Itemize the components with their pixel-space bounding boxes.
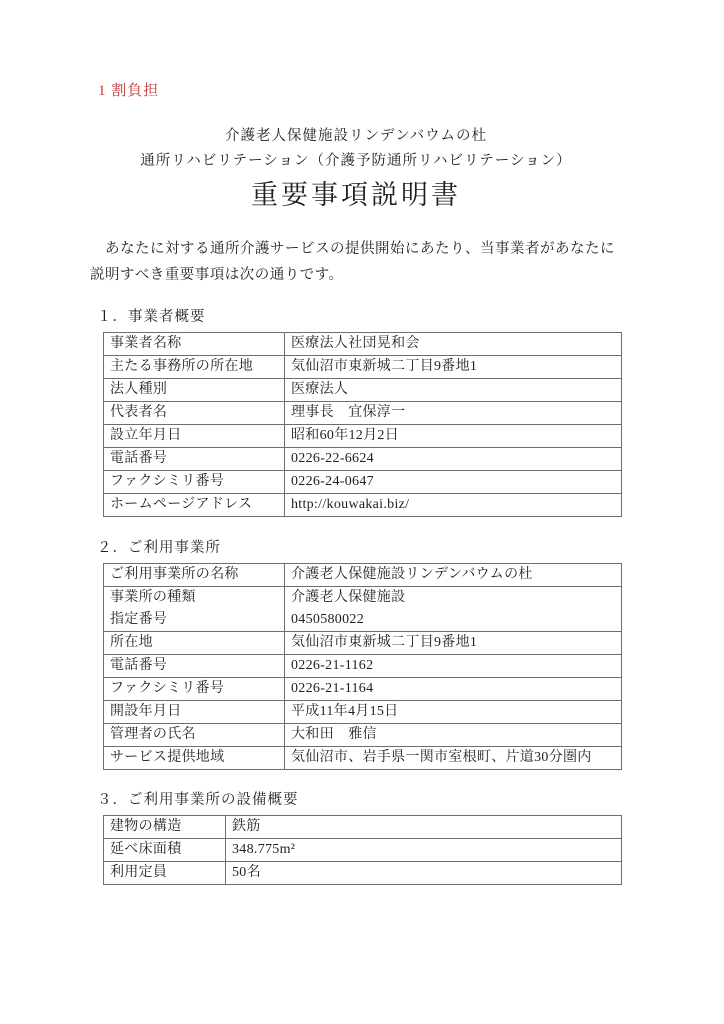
row-value: 大和田 雅信 (285, 724, 622, 747)
row-value: 50名 (226, 862, 622, 885)
facility-equipment-table: 建物の構造 鉄筋 延べ床面積 348.775m² 利用定員 50名 (103, 815, 622, 885)
table-row: 建物の構造 鉄筋 (104, 816, 622, 839)
table-row: ご利用事業所の名称 介護老人保健施設リンデンバウムの杜 (104, 564, 622, 587)
document-page: 1 割負担 介護老人保健施設リンデンバウムの杜 通所リハビリテーション（介護予防… (0, 0, 724, 1024)
section-heading: ３．ご利用事業所の設備概要 (97, 790, 637, 810)
row-label: ファクシミリ番号 (104, 678, 285, 701)
section-service-office: ２．ご利用事業所 ご利用事業所の名称 介護老人保健施設リンデンバウムの杜 事業所… (97, 538, 637, 770)
table-row: 設立年月日 昭和60年12月2日 (104, 425, 622, 448)
row-value: 0226-22-6624 (285, 448, 622, 471)
service-office-table: ご利用事業所の名称 介護老人保健施設リンデンバウムの杜 事業所の種類 指定番号 … (103, 563, 622, 770)
section-business-overview: １．事業者概要 事業者名称 医療法人社団晃和会 主たる事務所の所在地 気仙沼市東… (97, 307, 637, 517)
row-label: 延べ床面積 (104, 839, 226, 862)
row-label: 事業所の種類 指定番号 (104, 587, 285, 632)
row-label: 法人種別 (104, 379, 285, 402)
row-label: 設立年月日 (104, 425, 285, 448)
table-row: 事業所の種類 指定番号 介護老人保健施設 0450580022 (104, 587, 622, 632)
row-value: 気仙沼市東新城二丁目9番地1 (285, 632, 622, 655)
row-value: 介護老人保健施設リンデンバウムの杜 (285, 564, 622, 587)
row-label: 建物の構造 (104, 816, 226, 839)
business-overview-table: 事業者名称 医療法人社団晃和会 主たる事務所の所在地 気仙沼市東新城二丁目9番地… (103, 332, 622, 517)
row-label: ホームページアドレス (104, 494, 285, 517)
row-label: ご利用事業所の名称 (104, 564, 285, 587)
intro-paragraph: あなたに対する通所介護サービスの提供開始にあたり、当事業者があなたに 説明すべき… (90, 236, 624, 288)
table-row: 管理者の氏名 大和田 雅信 (104, 724, 622, 747)
row-value: 介護老人保健施設 0450580022 (285, 587, 622, 632)
row-label: サービス提供地域 (104, 747, 285, 770)
table-row: 法人種別 医療法人 (104, 379, 622, 402)
facility-name-line: 介護老人保健施設リンデンバウムの杜 (90, 124, 622, 149)
row-value: 0226-24-0647 (285, 471, 622, 494)
row-value: 理事長 宜保淳一 (285, 402, 622, 425)
table-row: 利用定員 50名 (104, 862, 622, 885)
row-label: 主たる事務所の所在地 (104, 356, 285, 379)
row-value: 0226-21-1162 (285, 655, 622, 678)
row-label: 利用定員 (104, 862, 226, 885)
row-value: 医療法人 (285, 379, 622, 402)
row-value: 平成11年4月15日 (285, 701, 622, 724)
row-value: 医療法人社団晃和会 (285, 333, 622, 356)
row-value: 348.775m² (226, 839, 622, 862)
row-label: ファクシミリ番号 (104, 471, 285, 494)
section-facility-equipment: ３．ご利用事業所の設備概要 建物の構造 鉄筋 延べ床面積 348.775m² 利… (97, 790, 637, 885)
table-row: 所在地 気仙沼市東新城二丁目9番地1 (104, 632, 622, 655)
table-row: 代表者名 理事長 宜保淳一 (104, 402, 622, 425)
row-value: http://kouwakai.biz/ (285, 494, 622, 517)
table-row: 主たる事務所の所在地 気仙沼市東新城二丁目9番地1 (104, 356, 622, 379)
row-label: 事業者名称 (104, 333, 285, 356)
document-header: 介護老人保健施設リンデンバウムの杜 通所リハビリテーション（介護予防通所リハビリ… (90, 124, 622, 211)
row-value: 昭和60年12月2日 (285, 425, 622, 448)
table-row: サービス提供地域 気仙沼市、岩手県一関市室根町、片道30分圏内 (104, 747, 622, 770)
table-row: ホームページアドレス http://kouwakai.biz/ (104, 494, 622, 517)
section-heading: ２．ご利用事業所 (97, 538, 637, 558)
row-value: 気仙沼市東新城二丁目9番地1 (285, 356, 622, 379)
row-label: 電話番号 (104, 448, 285, 471)
document-title: 重要事項説明書 (90, 179, 622, 211)
row-label: 所在地 (104, 632, 285, 655)
row-value: 気仙沼市、岩手県一関市室根町、片道30分圏内 (285, 747, 622, 770)
table-row: 開設年月日 平成11年4月15日 (104, 701, 622, 724)
table-row: 事業者名称 医療法人社団晃和会 (104, 333, 622, 356)
row-value: 鉄筋 (226, 816, 622, 839)
table-row: 電話番号 0226-21-1162 (104, 655, 622, 678)
row-label: 管理者の氏名 (104, 724, 285, 747)
section-heading: １．事業者概要 (97, 307, 637, 327)
row-label: 代表者名 (104, 402, 285, 425)
copay-note: 1 割負担 (98, 79, 159, 100)
table-row: 延べ床面積 348.775m² (104, 839, 622, 862)
table-row: ファクシミリ番号 0226-21-1164 (104, 678, 622, 701)
table-row: 電話番号 0226-22-6624 (104, 448, 622, 471)
table-row: ファクシミリ番号 0226-24-0647 (104, 471, 622, 494)
row-label: 電話番号 (104, 655, 285, 678)
row-value: 0226-21-1164 (285, 678, 622, 701)
service-name-line: 通所リハビリテーション（介護予防通所リハビリテーション） (90, 149, 622, 174)
row-label: 開設年月日 (104, 701, 285, 724)
